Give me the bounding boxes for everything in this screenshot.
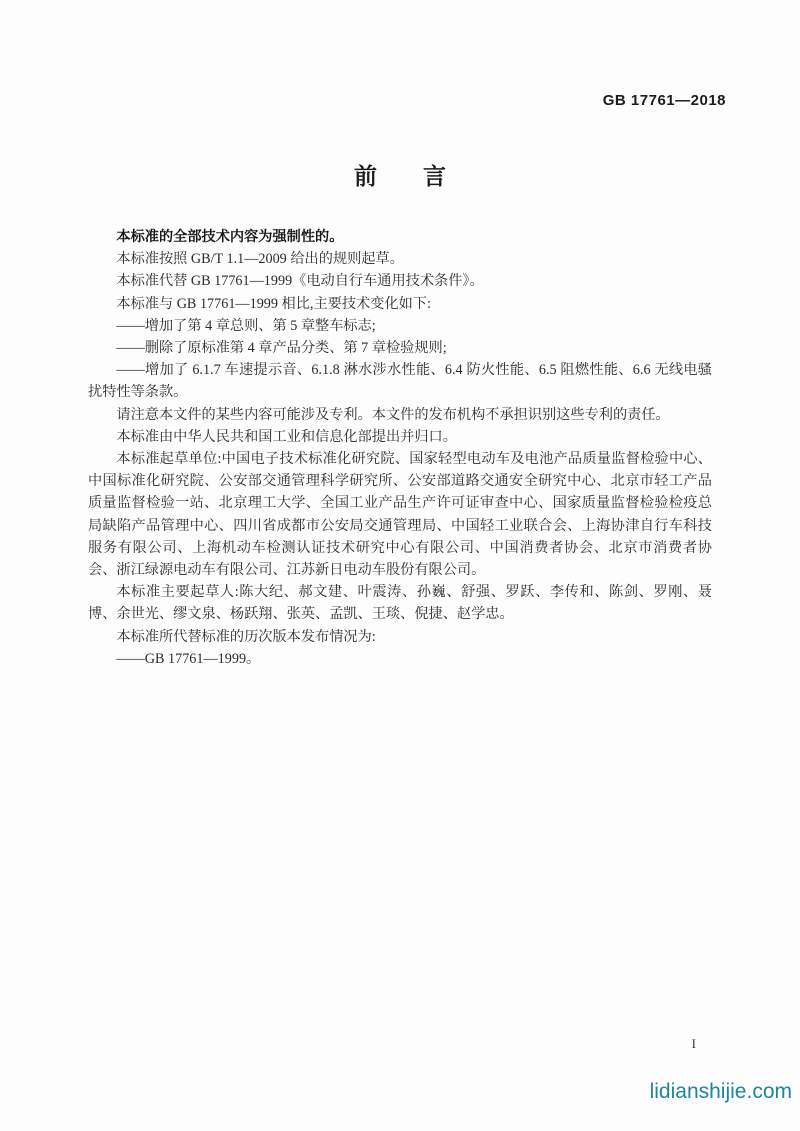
paragraph: 本标准所代替标准的历次版本发布情况为: xyxy=(88,626,712,648)
paragraph: 请注意本文件的某些内容可能涉及专利。本文件的发布机构不承担识别这些专利的责任。 xyxy=(88,404,712,426)
paragraph: 本标准与 GB 17761—1999 相比,主要技术变化如下: xyxy=(88,293,712,315)
watermark-text: lidianshijie.com xyxy=(650,1080,792,1104)
page-number: I xyxy=(692,1036,696,1052)
paragraph: ——增加了 6.1.7 车速提示音、6.1.8 淋水涉水性能、6.4 防火性能、… xyxy=(88,359,712,403)
paragraph: ——GB 17761—1999。 xyxy=(88,648,712,670)
standard-number: GB 17761—2018 xyxy=(603,92,726,109)
paragraph: 本标准的全部技术内容为强制性的。 xyxy=(88,226,712,248)
document-page: GB 17761—2018 前 言 本标准的全部技术内容为强制性的。 本标准按照… xyxy=(0,0,800,1131)
foreword-body: 本标准的全部技术内容为强制性的。 本标准按照 GB/T 1.1—2009 给出的… xyxy=(88,226,712,670)
paragraph: 本标准起草单位:中国电子技术标准化研究院、国家轻型电动车及电池产品质量监督检验中… xyxy=(88,448,712,581)
paragraph: ——删除了原标准第 4 章产品分类、第 7 章检验规则; xyxy=(88,337,712,359)
paragraph: 本标准代替 GB 17761—1999《电动自行车通用技术条件》。 xyxy=(88,270,712,292)
paragraph: ——增加了第 4 章总则、第 5 章整车标志; xyxy=(88,315,712,337)
paragraph: 本标准主要起草人:陈大纪、郝文建、叶震涛、孙巍、舒强、罗跃、李传和、陈剑、罗刚、… xyxy=(88,581,712,625)
page-title: 前 言 xyxy=(0,158,800,191)
paragraph: 本标准按照 GB/T 1.1—2009 给出的规则起草。 xyxy=(88,248,712,270)
paragraph: 本标准由中华人民共和国工业和信息化部提出并归口。 xyxy=(88,426,712,448)
